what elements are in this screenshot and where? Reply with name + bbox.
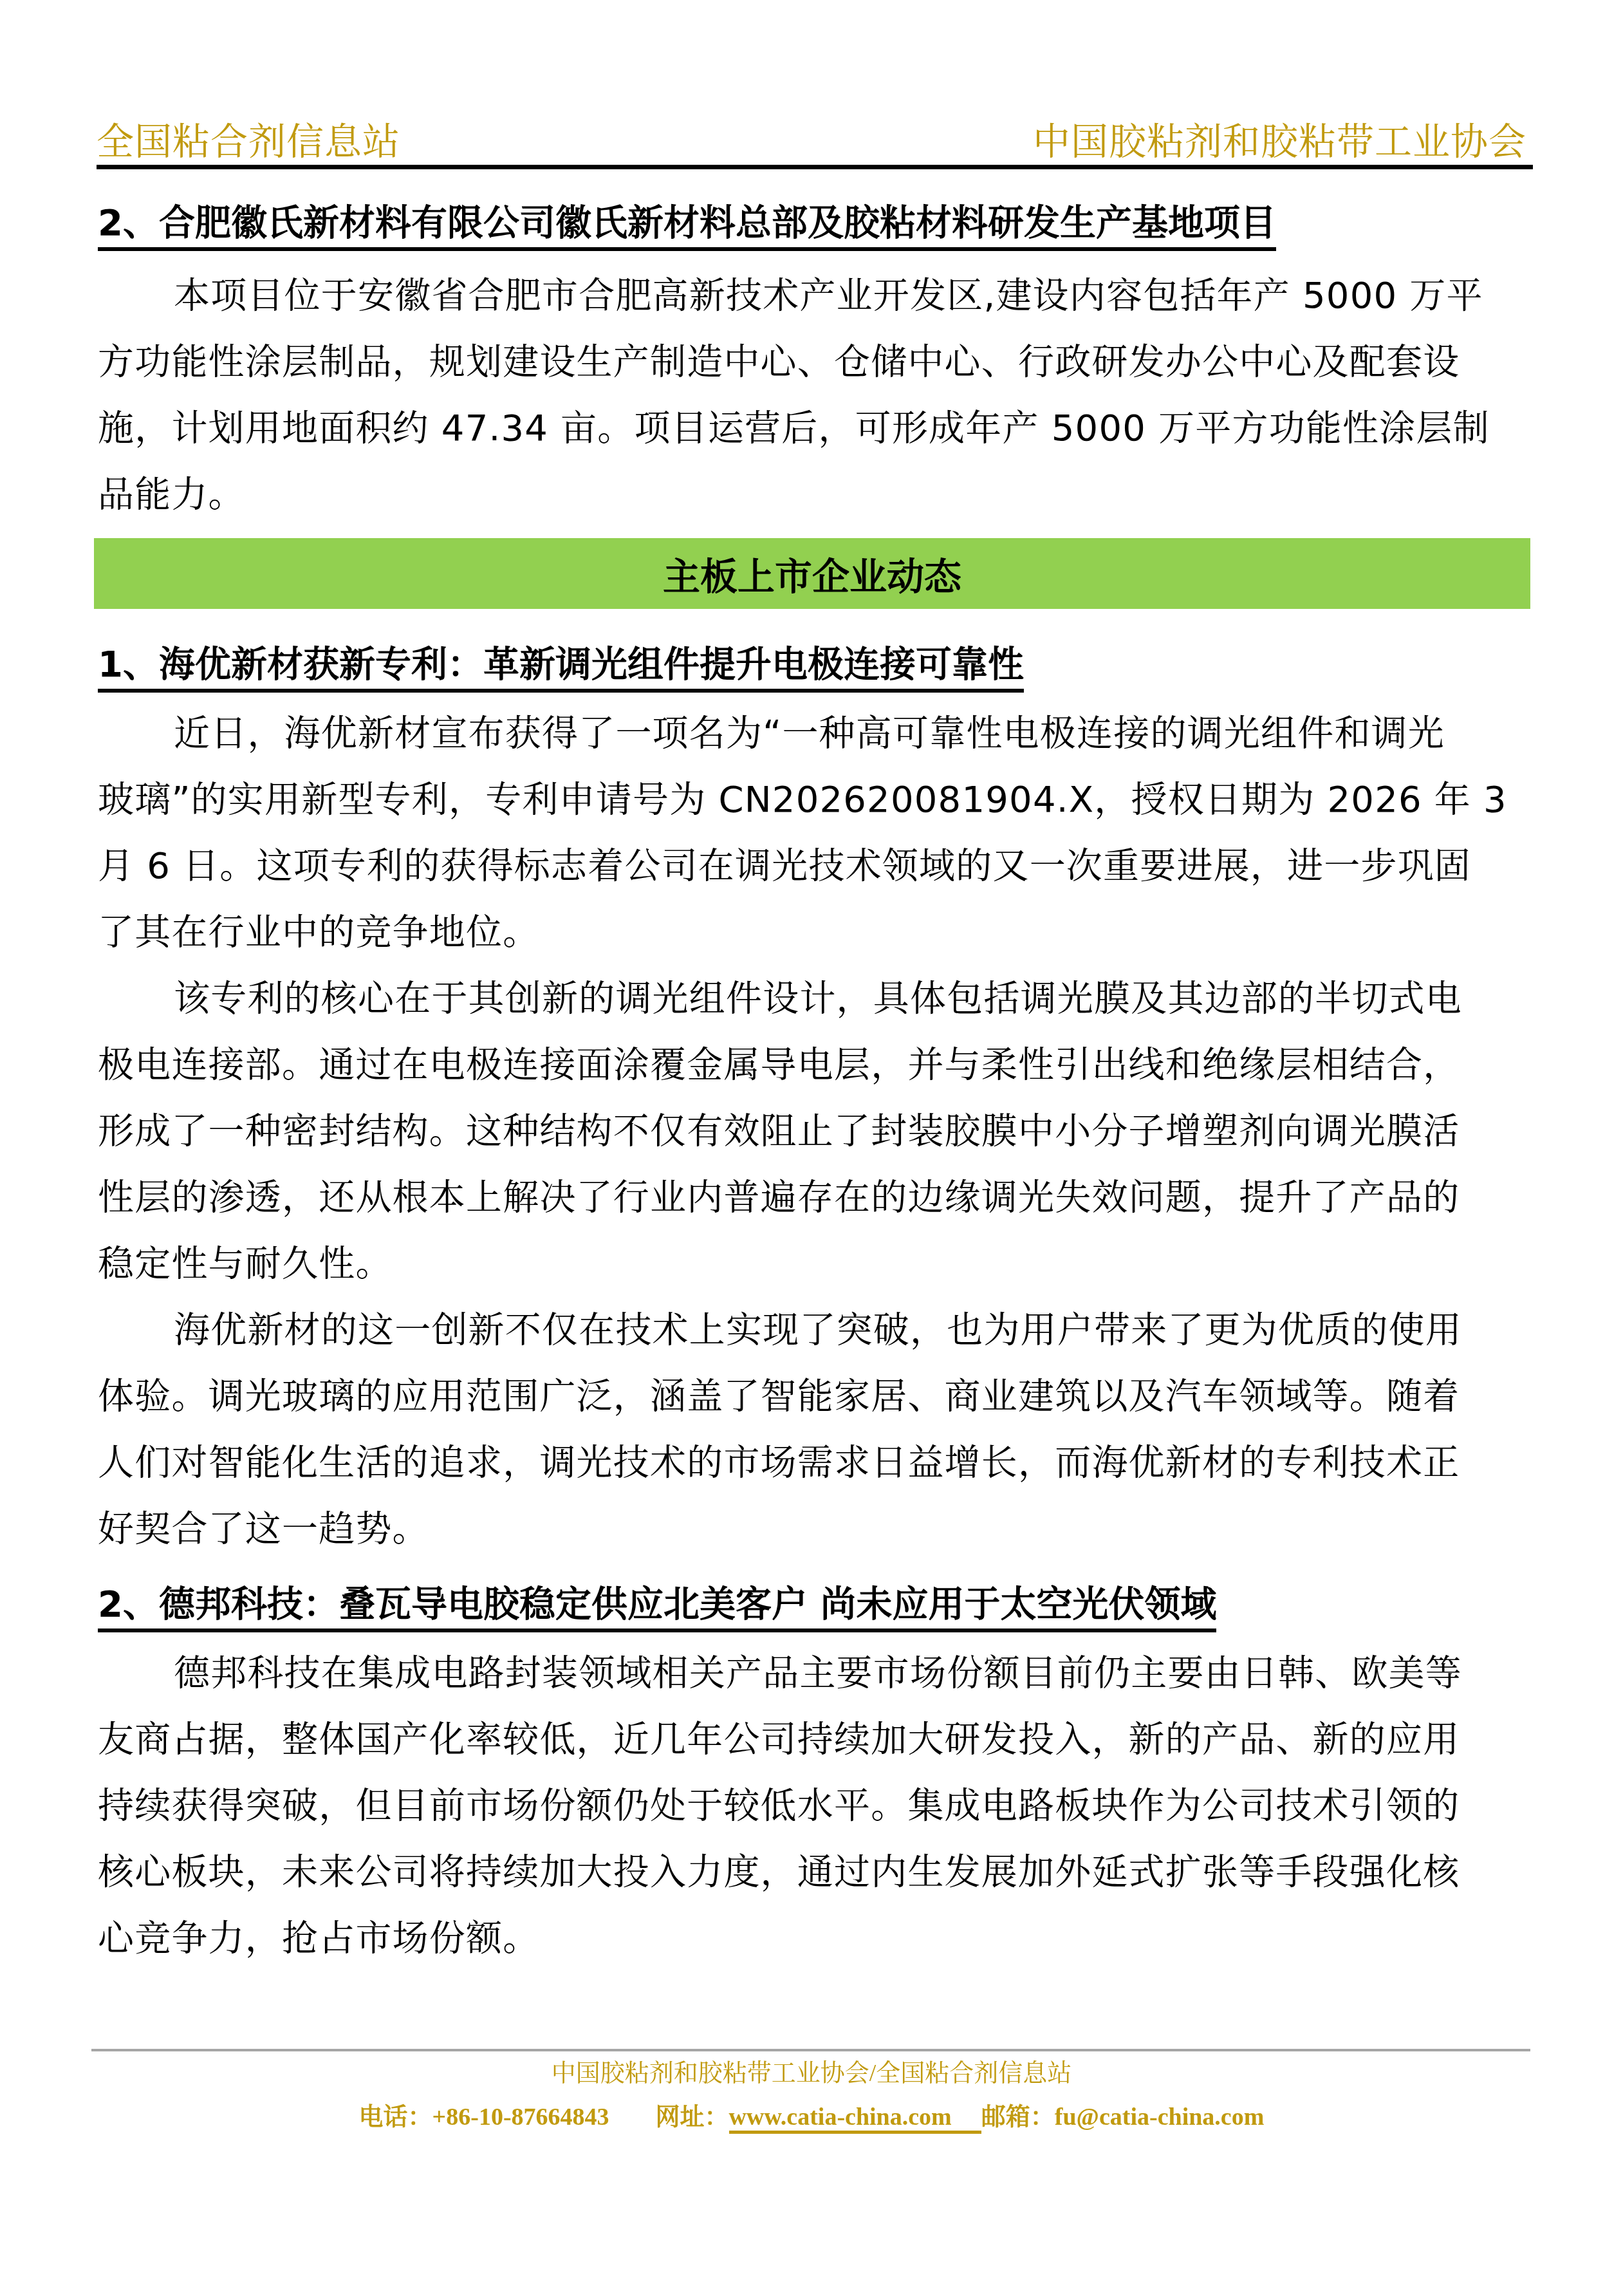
project-heading: 2、合肥徽氏新材料有限公司徽氏新材料总部及胶粘材料研发生产基地项目 [98,201,1276,251]
footer-phone: +86-10-87664843 [432,2104,609,2131]
header-left-title: 全国粘合剂信息站 [97,116,400,167]
text-line: 月 6 日。这项专利的获得标志着公司在调光技术领域的又一次重要进展，进一步巩固 [98,833,1526,899]
text-line: 海优新材的这一创新不仅在技术上实现了突破，也为用户带来了更为优质的使用 [98,1297,1526,1363]
article-2-heading: 2、德邦科技：叠瓦导电胶稳定供应北美客户 尚未应用于太空光伏领域 [98,1582,1216,1632]
running-header: 全国粘合剂信息站 中国胶粘剂和胶粘带工业协会 [97,116,1533,167]
document-page: 全国粘合剂信息站 中国胶粘剂和胶粘带工业协会 2、合肥徽氏新材料有限公司徽氏新材… [0,0,1623,2296]
text-line: 了其在行业中的竞争地位。 [98,899,1526,966]
section-banner-title: 主板上市企业动态 [663,546,961,601]
text-line: 方功能性涂层制品，规划建设生产制造中心、仓储中心、行政研发办公中心及配套设 [98,329,1526,395]
text-line: 玻璃”的实用新型专利，专利申请号为 CN202620081904.X，授权日期为… [98,767,1526,833]
footer-contact: 电话：+86-10-87664843网址：www.catia-china.com… [0,2101,1623,2133]
text-line: 持续获得突破，但目前市场份额仍处于较低水平。集成电路板块作为公司技术引领的 [98,1773,1526,1839]
footer-rule [91,2049,1530,2051]
project-heading-text: 2、合肥徽氏新材料有限公司徽氏新材料总部及胶粘材料研发生产基地项目 [98,201,1276,251]
article-2-paragraph-1: 德邦科技在集成电路封装领域相关产品主要市场份额目前仍主要由日韩、欧美等 友商占据… [98,1640,1526,1972]
header-rule [97,165,1533,169]
text-line: 核心板块，未来公司将持续加大投入力度，通过内生发展加外延式扩张等手段强化核 [98,1839,1526,1905]
article-1-paragraph-3: 海优新材的这一创新不仅在技术上实现了突破，也为用户带来了更为优质的使用 体验。调… [98,1297,1526,1562]
text-line: 品能力。 [98,462,1526,528]
section-banner: 主板上市企业动态 [94,538,1530,609]
text-line: 本项目位于安徽省合肥市合肥高新技术产业开发区,建设内容包括年产 5000 万平 [98,263,1526,329]
text-line: 人们对智能化生活的追求，调光技术的市场需求日益增长，而海优新材的专利技术正 [98,1430,1526,1496]
article-1-heading: 1、海优新材获新专利：革新调光组件提升电极连接可靠性 [98,642,1024,693]
text-line: 性层的渗透，还从根本上解决了行业内普遍存在的边缘调光失效问题，提升了产品的 [98,1164,1526,1231]
text-line: 近日，海优新材宣布获得了一项名为“一种高可靠性电极连接的调光组件和调光 [98,700,1526,767]
footer-email[interactable]: fu@catia-china.com [1055,2104,1265,2131]
article-1-heading-text: 1、海优新材获新专利：革新调光组件提升电极连接可靠性 [98,642,1024,693]
text-line: 极电连接部。通过在电极连接面涂覆金属导电层，并与柔性引出线和绝缘层相结合， [98,1032,1526,1098]
text-line: 该专利的核心在于其创新的调光组件设计，具体包括调光膜及其边部的半切式电 [98,966,1526,1032]
footer-website-link[interactable]: www.catia-china.com [729,2104,981,2134]
header-right-title: 中国胶粘剂和胶粘带工业协会 [1033,116,1526,167]
footer-email-label: 邮箱： [981,2104,1055,2131]
text-line: 好契合了这一趋势。 [98,1496,1526,1562]
text-line: 稳定性与耐久性。 [98,1231,1526,1297]
footer-web-label: 网址： [656,2104,729,2131]
article-1-paragraph-2: 该专利的核心在于其创新的调光组件设计，具体包括调光膜及其边部的半切式电 极电连接… [98,966,1526,1297]
text-line: 形成了一种密封结构。这种结构不仅有效阻止了封装胶膜中小分子增塑剂向调光膜活 [98,1098,1526,1164]
text-line: 心竞争力，抢占市场份额。 [98,1905,1526,1972]
footer-org: 中国胶粘剂和胶粘带工业协会/全国粘合剂信息站 [0,2057,1623,2089]
text-line: 友商占据，整体国产化率较低，近几年公司持续加大研发投入，新的产品、新的应用 [98,1706,1526,1773]
text-line: 德邦科技在集成电路封装领域相关产品主要市场份额目前仍主要由日韩、欧美等 [98,1640,1526,1706]
text-line: 体验。调光玻璃的应用范围广泛，涵盖了智能家居、商业建筑以及汽车领域等。随着 [98,1363,1526,1430]
article-1-paragraph-1: 近日，海优新材宣布获得了一项名为“一种高可靠性电极连接的调光组件和调光 玻璃”的… [98,700,1526,966]
article-2-heading-text: 2、德邦科技：叠瓦导电胶稳定供应北美客户 尚未应用于太空光伏领域 [98,1582,1216,1632]
footer-phone-label: 电话： [359,2104,432,2131]
text-line: 施，计划用地面积约 47.34 亩。项目运营后，可形成年产 5000 万平方功能… [98,395,1526,462]
project-paragraph: 本项目位于安徽省合肥市合肥高新技术产业开发区,建设内容包括年产 5000 万平 … [98,263,1526,528]
